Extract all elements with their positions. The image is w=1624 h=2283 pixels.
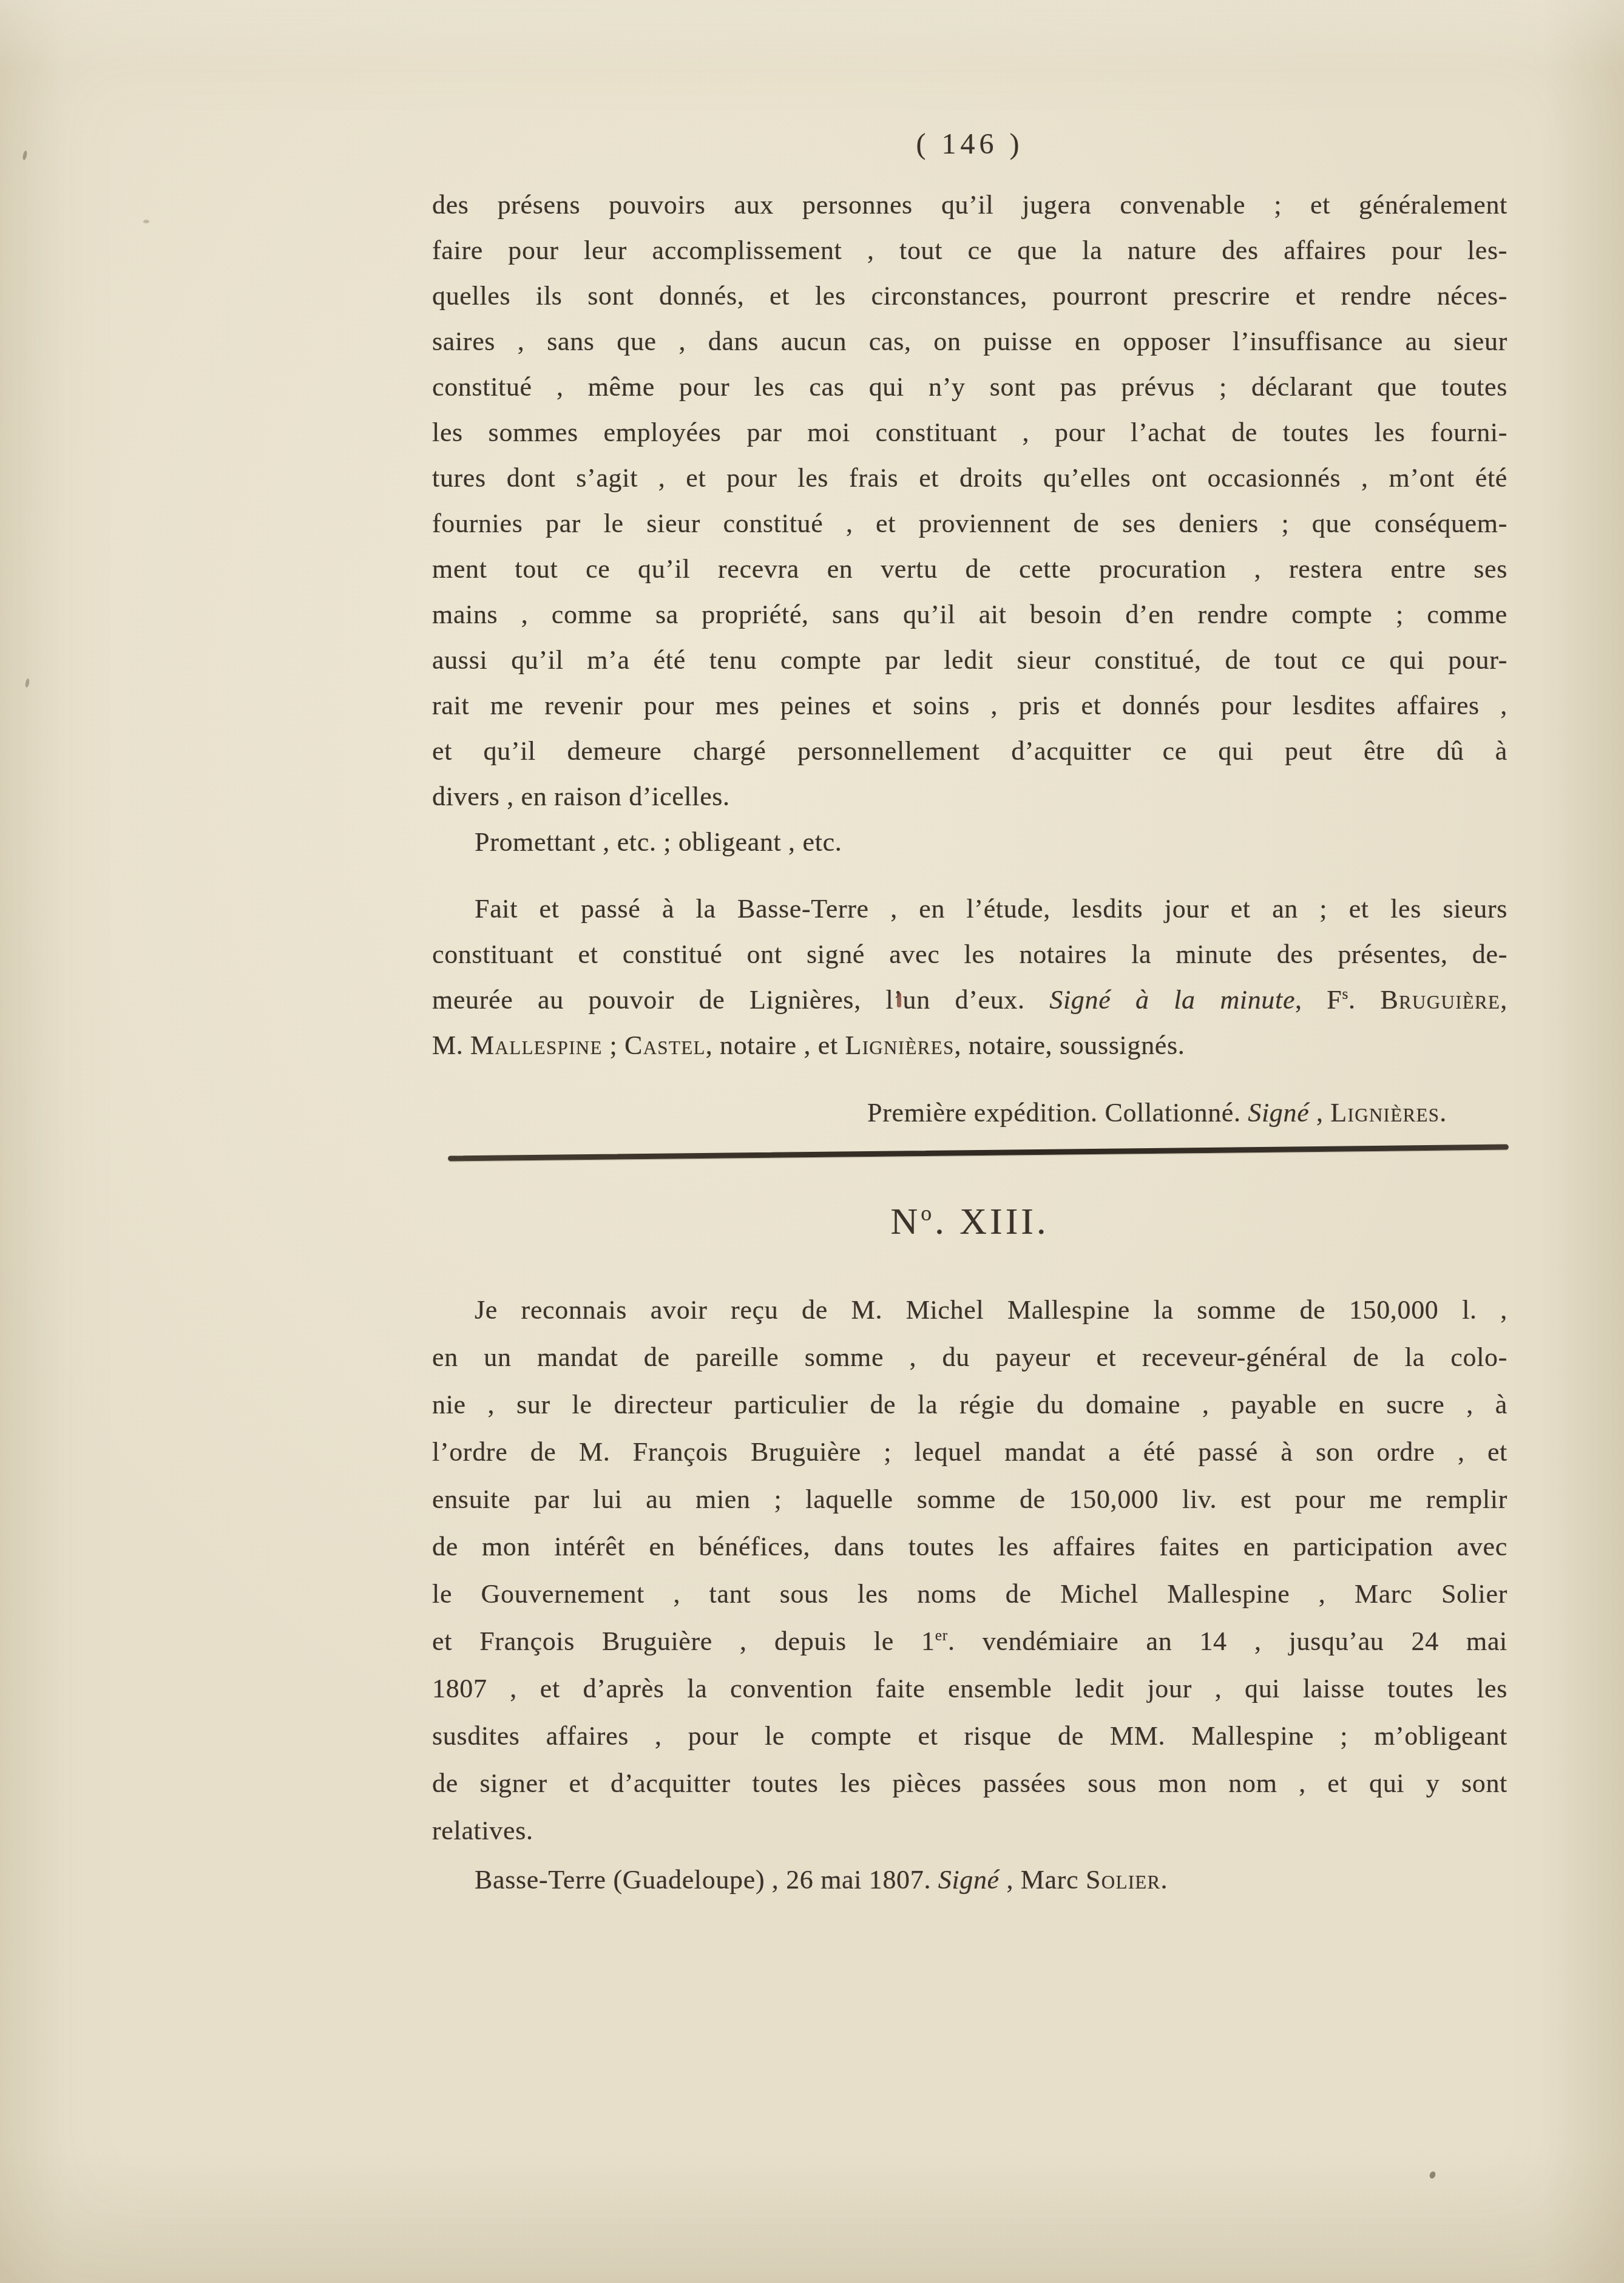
p1-line-8: fournies par le sieur constitué , et pro… xyxy=(432,501,1507,546)
p2-line-10: susdites affaires , pour le compte et ri… xyxy=(432,1713,1507,1760)
expedition-end: . xyxy=(1440,1098,1447,1128)
vendemiaire-pre: et François Bruguière , depuis le 1 xyxy=(432,1626,935,1656)
vendemiaire-post: . vendémiaire an 14 , jusqu’au 24 mai xyxy=(948,1626,1507,1656)
closing-line-1: Fait et passé à la Basse-Terre , en l’ét… xyxy=(432,886,1507,932)
p2-line-11: de signer et d’acquitter toutes les pièc… xyxy=(432,1760,1507,1807)
premier-superscript: er xyxy=(935,1626,948,1644)
p1-line-2: faire pour leur accomplissement , tout c… xyxy=(432,228,1507,273)
name-castel-smallcaps: Castel xyxy=(624,1030,706,1060)
dateline-mid: , Marc xyxy=(1000,1865,1086,1895)
p1-line-12: rait me revenir pour mes peines et soins… xyxy=(432,683,1507,728)
closing-line-4-m: M. xyxy=(432,1030,470,1060)
p2-line-5: ensuite par lui au mien ; laquelle somme… xyxy=(432,1476,1507,1523)
dateline-signature: Basse-Terre (Guadeloupe) , 26 mai 1807. … xyxy=(432,1857,1507,1903)
heading-n: N xyxy=(891,1201,921,1242)
premiere-expedition-line: Première expédition. Collationné. Signé … xyxy=(432,1090,1507,1135)
francois-abbrev-superscript: s xyxy=(1342,985,1349,1003)
p1-line-5: constitué , même pour les cas qui n’y so… xyxy=(432,364,1507,410)
closing-line-2: constituant et constitué ont signé avec … xyxy=(432,932,1507,977)
closing-line-3-end: , xyxy=(1500,985,1507,1015)
p1-line-14: divers , en raison d’icelles. xyxy=(432,774,1507,819)
folio-page-number: ( 146 ) xyxy=(432,120,1507,169)
name-bruguiere-smallcaps: Bruguière xyxy=(1380,985,1500,1015)
closing-line-4: M. Mallespine ; Castel, notaire , et Lig… xyxy=(432,1023,1507,1068)
paper-speck-ink-blot xyxy=(897,993,901,1007)
p1-line-10: mains , comme sa propriété, sans qu’il a… xyxy=(432,592,1507,637)
signe-a-la-minute-italic: Signé à la minute xyxy=(1049,985,1295,1015)
heading-numeral: . XIII. xyxy=(935,1201,1049,1242)
name-lignieres-smallcaps: Lignières xyxy=(845,1030,955,1060)
closing-line-3-dot: . xyxy=(1348,985,1380,1015)
name-lignieres-smallcaps-2: Lignières xyxy=(1330,1098,1440,1128)
dateline-text: Basse-Terre (Guadeloupe) , 26 mai 1807. xyxy=(475,1865,938,1895)
p1-line-9: ment tout ce qu’il recevra en vertu de c… xyxy=(432,546,1507,592)
heading-numero-superscript: o xyxy=(921,1201,935,1225)
p1-line-4: saires , sans que , dans aucun cas, on p… xyxy=(432,319,1507,364)
name-mallespine-smallcaps: Mallespine xyxy=(470,1030,603,1060)
paper-speck-top-left xyxy=(143,220,149,223)
act-xii-continuation-paragraph: des présens pouvoirs aux personnes qu’il… xyxy=(432,182,1507,819)
closing-line-4-end: , notaire, soussignés. xyxy=(955,1030,1185,1060)
expedition-text: Première expédition. Collationné. xyxy=(867,1098,1248,1128)
p2-line-9: 1807 , et d’après la convention faite en… xyxy=(432,1665,1507,1713)
p1-line-3: quelles ils sont donnés, et les circonst… xyxy=(432,273,1507,319)
closing-line-3-mid: , F xyxy=(1295,985,1342,1015)
p1-line-1: des présens pouvoirs aux personnes qu’il… xyxy=(432,182,1507,228)
p2-line-12: relatives. xyxy=(432,1807,1507,1855)
p2-line-8-vendemiaire: et François Bruguière , depuis le 1er. v… xyxy=(432,1618,1507,1665)
closing-line-3: meurée au pouvoir de Lignières, l’un d’e… xyxy=(432,977,1507,1023)
signe-italic: Signé xyxy=(1248,1098,1309,1128)
paper-speck-left-margin-2 xyxy=(25,678,30,688)
act-xiii-heading: No. XIII. xyxy=(432,1197,1507,1246)
act-xiii-paragraph: Je reconnais avoir reçu de M. Michel Mal… xyxy=(432,1287,1507,1855)
closing-line-3-text: meurée au pouvoir de Lignières, l’un d’e… xyxy=(432,985,1049,1015)
p1-line-7: tures dont s’agit , et pour les frais et… xyxy=(432,455,1507,501)
p2-line-1: Je reconnais avoir reçu de M. Michel Mal… xyxy=(432,1287,1507,1334)
promettant-line: Promettant , etc. ; obligeant , etc. xyxy=(432,819,1507,865)
p2-line-7: le Gouvernement , tant sous les noms de … xyxy=(432,1571,1507,1618)
dateline-signe-italic: Signé xyxy=(938,1865,1000,1895)
page-text-column: des présens pouvoirs aux personnes qu’il… xyxy=(432,182,1507,1903)
p1-line-11: aussi qu’il m’a été tenu compte par ledi… xyxy=(432,637,1507,683)
p2-line-2: en un mandat de pareille somme , du paye… xyxy=(432,1334,1507,1381)
scanned-book-page: ( 146 ) des présens pouvoirs aux personn… xyxy=(0,0,1624,2283)
name-solier-smallcaps: Solier xyxy=(1086,1865,1161,1895)
p2-line-3: nie , sur le directeur particulier de la… xyxy=(432,1381,1507,1429)
p2-line-4: l’ordre de M. François Bruguière ; leque… xyxy=(432,1429,1507,1476)
p1-line-13: et qu’il demeure chargé personnellement … xyxy=(432,728,1507,774)
p1-line-6: les sommes employées par moi constituant… xyxy=(432,410,1507,455)
expedition-mid: , xyxy=(1309,1098,1330,1128)
p2-line-6: de mon intérêt en bénéfices, dans toutes… xyxy=(432,1523,1507,1571)
paper-speck-bottom-right xyxy=(1429,2171,1436,2180)
act-xii-closing-paragraph: Fait et passé à la Basse-Terre , en l’ét… xyxy=(432,886,1507,1068)
section-divider-rule xyxy=(448,1145,1509,1162)
dateline-end: . xyxy=(1161,1865,1168,1895)
paper-speck-left-margin-1 xyxy=(22,151,27,161)
closing-line-4-mid: , notaire , et xyxy=(706,1030,845,1060)
closing-line-4-sep: ; xyxy=(603,1030,624,1060)
